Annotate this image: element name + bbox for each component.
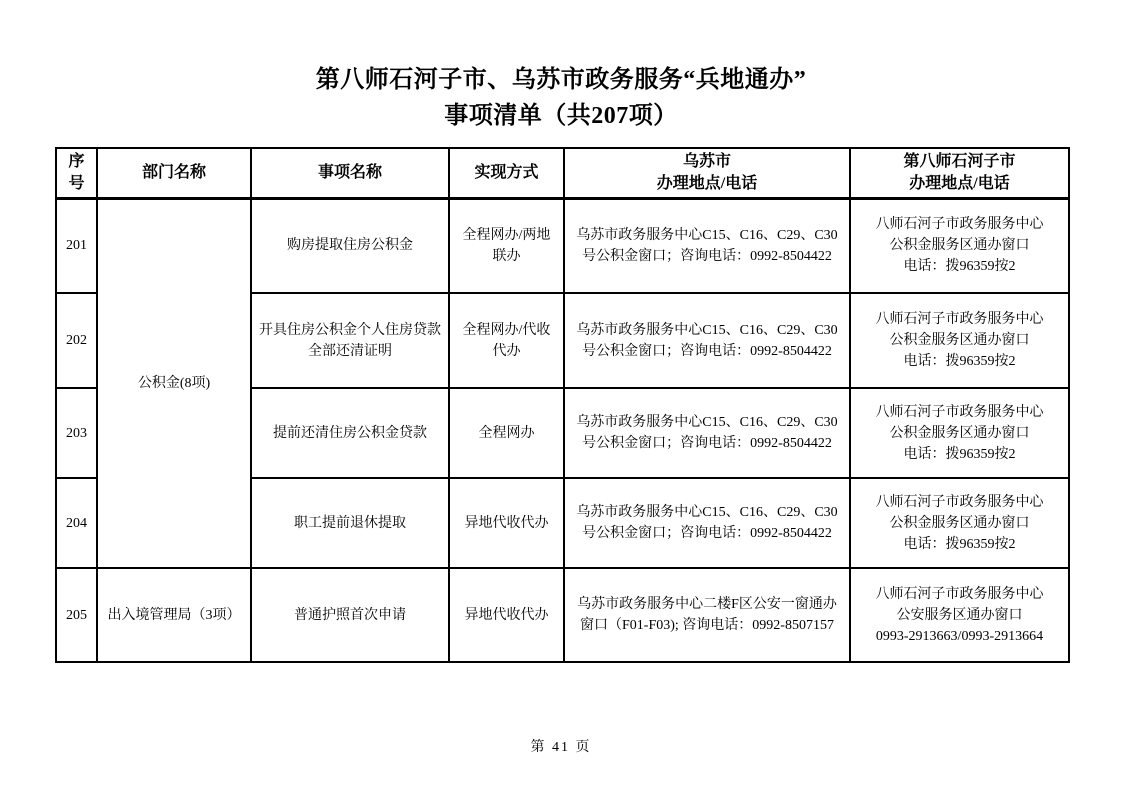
contact-line: 八师石河子市政务服务中心 [857,492,1062,513]
cell-method: 异地代收代办 [449,568,564,662]
cell-wusu-contact: 乌苏市政务服务中心C15、C16、C29、C30号公积金窗口；咨询电话：0992… [564,293,850,388]
cell-wusu-contact: 乌苏市政务服务中心二楼F区公安一窗通办窗口（F01-F03); 咨询电话：099… [564,568,850,662]
contact-line: 公积金服务区通办窗口 [857,513,1062,534]
contact-line: 公积金服务区通办窗口 [857,235,1062,256]
contact-line: 公安服务区通办窗口 [857,605,1062,626]
cell-method: 全程网办/两地联办 [449,198,564,293]
header-wusu-line2: 办理地点/电话 [571,173,843,195]
table-row: 201 公积金(8项) 购房提取住房公积金 全程网办/两地联办 乌苏市政务服务中… [56,198,1069,293]
title-line-1: 第八师石河子市、乌苏市政务服务“兵地通办” [0,62,1122,98]
document-page: 第八师石河子市、乌苏市政务服务“兵地通办” 事项清单（共207项） 序号 部门名… [0,0,1122,793]
header-shihezi: 第八师石河子市 办理地点/电话 [850,148,1069,198]
contact-line: 公积金服务区通办窗口 [857,423,1062,444]
contact-line: 公积金服务区通办窗口 [857,330,1062,351]
header-shihezi-line2: 办理地点/电话 [857,173,1062,195]
contact-line: 八师石河子市政务服务中心 [857,214,1062,235]
document-title: 第八师石河子市、乌苏市政务服务“兵地通办” 事项清单（共207项） [0,62,1122,134]
header-seq: 序号 [56,148,97,198]
cell-shihezi-contact: 八师石河子市政务服务中心 公积金服务区通办窗口 电话：拨96359按2 [850,478,1069,568]
cell-seq: 204 [56,478,97,568]
header-method: 实现方式 [449,148,564,198]
cell-shihezi-contact: 八师石河子市政务服务中心 公积金服务区通办窗口 电话：拨96359按2 [850,388,1069,478]
cell-dept-merged: 公积金(8项) [97,198,251,568]
page-number: 第 41 页 [0,736,1122,756]
cell-item: 开具住房公积金个人住房贷款全部还清证明 [251,293,449,388]
table-header-row: 序号 部门名称 事项名称 实现方式 乌苏市 办理地点/电话 第八师石河子市 办理… [56,148,1069,198]
header-item: 事项名称 [251,148,449,198]
header-shihezi-line1: 第八师石河子市 [857,151,1062,173]
title-line-2: 事项清单（共207项） [0,98,1122,134]
contact-line: 八师石河子市政务服务中心 [857,402,1062,423]
cell-shihezi-contact: 八师石河子市政务服务中心 公积金服务区通办窗口 电话：拨96359按2 [850,293,1069,388]
cell-wusu-contact: 乌苏市政务服务中心C15、C16、C29、C30号公积金窗口；咨询电话：0992… [564,388,850,478]
cell-method: 异地代收代办 [449,478,564,568]
service-items-table: 序号 部门名称 事项名称 实现方式 乌苏市 办理地点/电话 第八师石河子市 办理… [55,147,1070,663]
cell-item: 普通护照首次申请 [251,568,449,662]
header-wusu: 乌苏市 办理地点/电话 [564,148,850,198]
cell-dept: 出入境管理局（3项） [97,568,251,662]
cell-method: 全程网办/代收代办 [449,293,564,388]
contact-line: 电话：拨96359按2 [857,256,1062,277]
cell-seq: 203 [56,388,97,478]
cell-item: 提前还清住房公积金贷款 [251,388,449,478]
cell-wusu-contact: 乌苏市政务服务中心C15、C16、C29、C30号公积金窗口；咨询电话：0992… [564,198,850,293]
contact-line: 电话：拨96359按2 [857,444,1062,465]
cell-item: 购房提取住房公积金 [251,198,449,293]
cell-item: 职工提前退休提取 [251,478,449,568]
contact-line: 0993-2913663/0993-2913664 [857,626,1062,647]
cell-seq: 201 [56,198,97,293]
cell-shihezi-contact: 八师石河子市政务服务中心 公积金服务区通办窗口 电话：拨96359按2 [850,198,1069,293]
contact-line: 八师石河子市政务服务中心 [857,309,1062,330]
cell-shihezi-contact: 八师石河子市政务服务中心 公安服务区通办窗口 0993-2913663/0993… [850,568,1069,662]
header-dept: 部门名称 [97,148,251,198]
contact-line: 电话：拨96359按2 [857,351,1062,372]
table-row: 205 出入境管理局（3项） 普通护照首次申请 异地代收代办 乌苏市政务服务中心… [56,568,1069,662]
cell-seq: 202 [56,293,97,388]
cell-method: 全程网办 [449,388,564,478]
contact-line: 电话：拨96359按2 [857,534,1062,555]
header-wusu-line1: 乌苏市 [571,151,843,173]
cell-wusu-contact: 乌苏市政务服务中心C15、C16、C29、C30号公积金窗口；咨询电话：0992… [564,478,850,568]
cell-seq: 205 [56,568,97,662]
contact-line: 八师石河子市政务服务中心 [857,584,1062,605]
